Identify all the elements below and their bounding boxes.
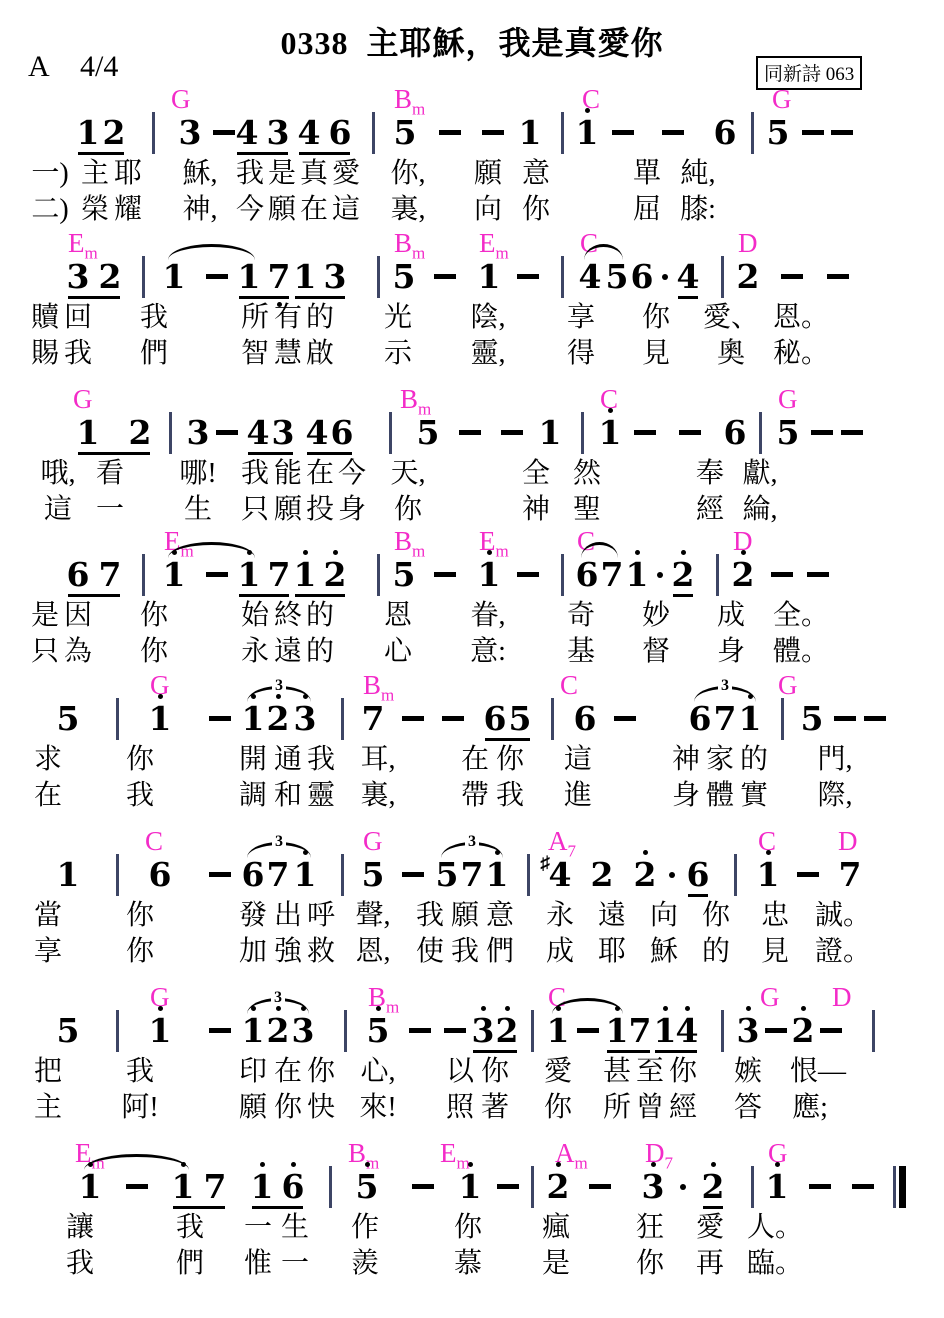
lyric-line-2-char: 耶: [598, 938, 626, 966]
note-digit: 2: [103, 116, 126, 149]
note-digit: 5: [417, 416, 440, 449]
note-digit: 7: [629, 1014, 652, 1047]
lyric-line-1-char: 聲,: [355, 902, 390, 930]
lyric-line-2-char: 願: [268, 196, 296, 224]
lyric-line-2-char: 在: [34, 782, 62, 810]
lyric-line-1-char: 願: [451, 902, 479, 930]
bar-line: [751, 112, 754, 154]
beam-underline: [78, 152, 124, 155]
duration-dash: [434, 274, 456, 279]
note-digit: 2: [129, 416, 152, 449]
octave-dot-above: [365, 1162, 370, 1167]
octave-dot-above: [643, 850, 648, 855]
chord-label: G: [772, 86, 792, 113]
beam-underline: [678, 296, 698, 299]
note-digit: 1: [251, 1170, 274, 1203]
note-digit: 4: [549, 858, 572, 891]
lyric-line-1-char: 門,: [817, 746, 852, 774]
lyric-line-2-char: 神,: [182, 196, 217, 224]
chord-root: E: [68, 228, 85, 258]
note-digit: 2: [267, 1014, 290, 1047]
duration-dash: [662, 130, 684, 135]
lyric-line-2-char: 使: [416, 938, 444, 966]
lyric-line-1-char: 陰,: [470, 304, 505, 332]
lyric-line-2-char: 體: [706, 782, 734, 810]
lyric-line-1-char: 我: [176, 1214, 204, 1242]
lyric-line-1-char: 哪!: [179, 460, 216, 488]
octave-dot-above: [585, 108, 590, 113]
duration-dash: [827, 274, 849, 279]
note-digit: 1: [539, 416, 562, 449]
bar-line: [561, 256, 564, 298]
chord-quality: 7: [665, 1153, 674, 1172]
lyric-line-2-char: 永: [241, 638, 269, 666]
bar-line: [527, 854, 530, 896]
chord-label: C: [560, 672, 578, 699]
lyric-line-1-char: 讓: [66, 1214, 94, 1242]
note-digit: 1: [606, 1014, 629, 1047]
sheet-page: 0338 主耶穌，我是真愛你 A 4/4 同新詩 063 GBmCG123434…: [0, 0, 944, 1318]
note-digit: 3: [642, 1170, 665, 1203]
note-digit: 7: [99, 558, 122, 591]
lyric-line-1-char: 恩。: [773, 304, 829, 332]
note-digit: 1: [242, 702, 265, 735]
duration-dash: [577, 1028, 599, 1033]
bar-line: [142, 256, 145, 298]
beam-underline: [673, 594, 693, 597]
note-digit: 1: [77, 416, 100, 449]
lyric-line-1-char: 愛: [332, 160, 360, 188]
lyric-line-2-char: 只: [31, 638, 59, 666]
lyric-line-1-char: 我: [126, 1058, 154, 1086]
duration-dash: [501, 430, 523, 435]
lyric-line-2-char: 惟: [244, 1250, 272, 1278]
note-digit: 2: [591, 858, 614, 891]
lyric-line-1-char: 是: [31, 602, 59, 630]
lyric-line-2-char: 慧: [274, 340, 302, 368]
lyric-line-1-char: 我: [140, 304, 168, 332]
lyric-line-2-char: 再: [696, 1250, 724, 1278]
note-digit: 2: [324, 558, 347, 591]
duration-dash: [206, 572, 228, 577]
lyric-line-2-char: 賜: [31, 340, 59, 368]
lyric-line-2-char: 快: [307, 1094, 335, 1122]
duration-dash: [209, 1028, 231, 1033]
note-digit: 7: [268, 558, 291, 591]
note-digit: 1: [79, 1170, 102, 1203]
lyric-line-1-char: 穌,: [182, 160, 217, 188]
note-digit: 5: [57, 1014, 80, 1047]
lyric-line-2-char: 裏,: [360, 782, 395, 810]
chord-label: G: [778, 386, 798, 413]
lyric-line-2-char: 見: [761, 938, 789, 966]
octave-dot-above: [741, 550, 746, 555]
octave-dot-above: [487, 550, 492, 555]
note-digit: 6: [242, 858, 265, 891]
lyric-line-1-char: 耳,: [360, 746, 395, 774]
lyric-line-2-char: 這: [44, 496, 72, 524]
lyric-line-1-char: 心,: [360, 1058, 395, 1086]
lyric-line-1-char: 愛、: [703, 304, 759, 332]
lyric-line-2-char: 羨: [351, 1250, 379, 1278]
bar-line: [872, 1010, 875, 1052]
triplet-number: 3: [271, 990, 285, 1006]
chord-root: G: [760, 982, 780, 1012]
lyric-line-1-char: 一: [244, 1214, 272, 1242]
lyric-line-1-char: 意: [486, 902, 514, 930]
octave-dot-above: [158, 1006, 163, 1011]
octave-dot-above: [663, 1006, 668, 1011]
lyric-line-2-char: 你: [140, 638, 168, 666]
duration-dash: [412, 1184, 434, 1189]
octave-dot-above: [608, 408, 613, 413]
lyric-line-2-char: 一: [96, 496, 124, 524]
note-digit: 4: [677, 260, 700, 293]
lyric-line-1-char: 終: [274, 602, 302, 630]
lyric-line-1-char: 因: [64, 602, 92, 630]
beam-underline: [239, 594, 289, 597]
bar-line: [581, 412, 584, 454]
bar-line: [372, 112, 375, 154]
augmentation-dot: [662, 274, 668, 280]
lyric-line-1-char: 你: [702, 902, 730, 930]
note-digit: 7: [601, 558, 624, 591]
note-digit: 3: [472, 1014, 495, 1047]
bar-line: [341, 854, 344, 896]
lyric-line-2-char: 和: [274, 782, 302, 810]
note-digit: 5: [367, 1014, 390, 1047]
lyric-line-2-char: 進: [564, 782, 592, 810]
duration-dash: [612, 130, 634, 135]
lyric-line-2-char: 身: [672, 782, 700, 810]
lyric-line-2-char: 奧: [717, 340, 745, 368]
triplet-number: 3: [272, 834, 286, 850]
lyric-line-2-char: 救: [307, 938, 335, 966]
note-digit: 7: [714, 702, 737, 735]
note-digit: 1: [519, 116, 542, 149]
octave-dot-above: [505, 1006, 510, 1011]
note-digit: 5: [777, 416, 800, 449]
lyric-line-1-char: 你: [307, 1058, 335, 1086]
duration-dash: [771, 572, 793, 577]
note-digit: 7: [362, 702, 385, 735]
lyric-line-1-char: 你: [454, 1214, 482, 1242]
beam-underline: [307, 452, 352, 455]
lyric-line-2-char: 們: [486, 938, 514, 966]
lyric-line-2-char: 恩,: [355, 938, 390, 966]
note-digit: 5: [509, 702, 532, 735]
duration-dash: [614, 716, 636, 721]
lyric-line-2-char: 是: [542, 1250, 570, 1278]
duration-dash: [434, 572, 456, 577]
lyric-line-2-char: 生: [184, 496, 212, 524]
duration-dash: [209, 872, 231, 877]
duration-dash: [409, 1028, 431, 1033]
beam-underline: [295, 594, 345, 597]
lyric-line-2-char: 我: [64, 340, 92, 368]
lyric-line-1-char: 主: [81, 160, 109, 188]
chord-root: G: [73, 384, 93, 414]
note-digit: 7: [204, 1170, 227, 1203]
octave-dot-above: [291, 1162, 296, 1167]
lyric-line-2-char: 我: [451, 938, 479, 966]
note-digit: 6: [282, 1170, 305, 1203]
lyric-line-1-char: 一): [31, 160, 68, 188]
chord-label: D: [832, 984, 852, 1011]
octave-dot-above: [681, 550, 686, 555]
octave-dot-above: [635, 550, 640, 555]
bar-line: [893, 1166, 896, 1208]
note-digit: 7: [839, 858, 862, 891]
lyric-line-1-char: 狂: [636, 1214, 664, 1242]
augmentation-dot: [657, 572, 663, 578]
lyric-line-2-char: 強: [274, 938, 302, 966]
bar-line: [344, 1010, 347, 1052]
bar-line: [751, 1166, 754, 1208]
bar-line: [116, 1010, 119, 1052]
duration-dash: [517, 572, 539, 577]
lyric-line-1-char: 忠: [761, 902, 789, 930]
lyric-line-1-char: 呼: [307, 902, 335, 930]
lyric-line-2-char: 體。: [773, 638, 829, 666]
lyric-line-1-char: 這: [564, 746, 592, 774]
lyric-line-1-char: 通: [274, 746, 302, 774]
duration-dash: [781, 274, 803, 279]
duration-dash: [459, 430, 481, 435]
final-bar-line: [899, 1166, 906, 1208]
octave-dot-above: [801, 1006, 806, 1011]
duration-dash: [807, 572, 829, 577]
duration-dash: [864, 716, 886, 721]
lyric-line-2-char: 耀: [114, 196, 142, 224]
note-digit: 2: [634, 858, 657, 891]
chord-label: G: [73, 386, 93, 413]
note-digit: 4: [247, 416, 270, 449]
beam-underline: [252, 1206, 303, 1209]
lyric-line-1-char: 你: [126, 746, 154, 774]
duration-dash: [126, 1184, 148, 1189]
lyric-line-1-char: 甚: [603, 1058, 631, 1086]
time-signature: 4/4: [80, 50, 118, 84]
duration-dash: [634, 430, 656, 435]
lyric-line-1-char: 耶: [114, 160, 142, 188]
lyric-line-2-char: 綸,: [742, 496, 777, 524]
lyric-line-2-char: 你: [126, 938, 154, 966]
lyric-line-1-char: 是: [268, 160, 296, 188]
lyric-line-2-char: 基: [567, 638, 595, 666]
duration-dash: [213, 130, 235, 135]
song-number: 0338: [280, 25, 348, 61]
bar-line: [377, 256, 380, 298]
note-digit: 2: [732, 558, 755, 591]
lyric-line-1-char: 你: [642, 304, 670, 332]
duration-dash: [841, 430, 863, 435]
lyric-line-1-char: 向: [650, 902, 678, 930]
lyric-line-2-char: 臨。: [747, 1250, 803, 1278]
duration-dash: [811, 430, 833, 435]
note-digit: 2: [547, 1170, 570, 1203]
bar-line: [329, 1166, 332, 1208]
note-digit: 1: [238, 558, 261, 591]
lyric-line-1-char: 然: [573, 460, 601, 488]
lyric-line-1-char: 今: [338, 460, 366, 488]
chord-label: D: [738, 230, 758, 257]
bar-line: [142, 554, 145, 596]
lyric-line-1-char: 人。: [747, 1214, 803, 1242]
lyric-line-1-char: 單: [633, 160, 661, 188]
octave-dot-above: [746, 1006, 751, 1011]
lyric-line-1-char: 獻,: [742, 460, 777, 488]
chord-root: G: [171, 84, 191, 114]
duration-dash: [482, 130, 504, 135]
chord-label: G: [778, 672, 798, 699]
bar-line: [169, 412, 172, 454]
lyric-line-1-char: 你: [140, 602, 168, 630]
note-digit: 4: [298, 116, 321, 149]
lyric-line-2-char: 屈: [633, 196, 661, 224]
bar-line: [531, 1166, 534, 1208]
lyric-line-1-char: 看: [96, 460, 124, 488]
lyric-line-2-char: 二): [31, 196, 68, 224]
beam-underline: [248, 452, 293, 455]
note-digit: 5: [606, 260, 629, 293]
note-digit: 1: [163, 558, 186, 591]
note-digit: 5: [767, 116, 790, 149]
octave-dot-above: [685, 1006, 690, 1011]
lyric-line-1-char: 神: [672, 746, 700, 774]
bar-line: [561, 554, 564, 596]
triplet-number: 3: [465, 834, 479, 850]
lyric-line-1-char: 在: [274, 1058, 302, 1086]
lyric-line-1-char: 恨—: [790, 1058, 846, 1086]
note-digit: 1: [242, 1014, 265, 1047]
note-digit: 6: [689, 702, 712, 735]
octave-dot-above: [376, 1006, 381, 1011]
note-digit: 1: [739, 702, 762, 735]
bar-line: [561, 112, 564, 154]
chord-root: C: [560, 670, 578, 700]
key-signature: A: [28, 50, 50, 84]
lyric-line-1-char: 瘋: [542, 1214, 570, 1242]
note-digit: 1: [766, 1170, 789, 1203]
bar-line: [734, 854, 737, 896]
note-digit: 7: [268, 260, 291, 293]
lyric-line-2-char: 靈,: [470, 340, 505, 368]
chord-root: B: [400, 384, 418, 414]
chord-root: G: [778, 670, 798, 700]
lyric-line-1-char: 愛: [544, 1058, 572, 1086]
beam-underline: [239, 296, 289, 299]
duration-dash: [517, 274, 539, 279]
lyric-line-1-char: 我: [241, 460, 269, 488]
lyric-line-1-char: 以: [446, 1058, 474, 1086]
note-digit: 2: [267, 702, 290, 735]
note-digit: 1: [57, 858, 80, 891]
lyric-line-2-char: 裏,: [390, 196, 425, 224]
lyric-line-1-char: 能: [274, 460, 302, 488]
octave-dot-above: [766, 850, 771, 855]
note-digit: 5: [57, 702, 80, 735]
lyric-line-2-char: 向: [474, 196, 502, 224]
lyric-line-2-char: 你: [394, 496, 422, 524]
octave-dot-above: [158, 694, 163, 699]
beam-underline: [237, 152, 288, 155]
lyric-line-2-char: 意:: [470, 638, 506, 666]
note-digit: 2: [672, 558, 695, 591]
duration-dash: [216, 430, 238, 435]
note-digit: 1: [294, 858, 317, 891]
lyric-line-2-char: 膝:: [680, 196, 716, 224]
lyric-line-1-char: 全: [522, 460, 550, 488]
lyric-line-2-char: 穌: [650, 938, 678, 966]
lyric-line-2-char: 曾: [636, 1094, 664, 1122]
chord-root: B: [394, 228, 412, 258]
lyric-line-2-char: 帶: [461, 782, 489, 810]
lyric-line-1-char: 生: [281, 1214, 309, 1242]
lyric-line-2-char: 心: [384, 638, 412, 666]
lyric-line-1-char: 作: [351, 1214, 379, 1242]
lyric-line-2-char: 智: [241, 340, 269, 368]
lyric-line-1-char: 意: [522, 160, 550, 188]
note-digit: 6: [149, 858, 172, 891]
note-digit: 1: [149, 702, 172, 735]
note-digit: 6: [484, 702, 507, 735]
lyric-line-2-char: 一: [281, 1250, 309, 1278]
chord-label: D: [838, 828, 858, 855]
note-digit: 1: [486, 858, 509, 891]
lyric-line-2-char: 應;: [792, 1094, 828, 1122]
note-digit: 2: [99, 260, 122, 293]
lyric-line-1-char: 遠: [598, 902, 626, 930]
bar-line: [152, 112, 155, 154]
lyric-line-2-char: 的: [306, 638, 334, 666]
lyric-line-1-char: 光: [384, 304, 412, 332]
lyric-line-2-char: 成: [546, 938, 574, 966]
lyric-line-1-char: 回: [64, 304, 92, 332]
note-digit: 6: [631, 260, 654, 293]
note-digit: 6: [331, 416, 354, 449]
chord-root: G: [363, 826, 383, 856]
beam-underline: [299, 152, 350, 155]
octave-dot-above: [556, 1162, 561, 1167]
chord-root: D: [838, 826, 858, 856]
note-digit: 2: [496, 1014, 519, 1047]
octave-dot-above: [651, 1162, 656, 1167]
lyric-line-2-char: 慕: [454, 1250, 482, 1278]
lyric-line-1-char: 印: [239, 1058, 267, 1086]
note-digit: 1: [294, 260, 317, 293]
lyric-line-1-char: 恩: [384, 602, 412, 630]
beam-underline: [173, 1206, 225, 1209]
lyric-line-1-char: 愛: [696, 1214, 724, 1242]
bar-line: [377, 554, 380, 596]
chord-root: E: [479, 228, 496, 258]
note-digit: 3: [272, 416, 295, 449]
duration-dash: [802, 130, 824, 135]
lyric-line-2-char: 靈: [307, 782, 335, 810]
lyric-line-1-char: 願: [474, 160, 502, 188]
note-digit: 2: [737, 260, 760, 293]
note-digit: 6: [574, 702, 597, 735]
chord-root: G: [778, 384, 798, 414]
note-digit: 5: [436, 858, 459, 891]
lyric-line-1-char: 的: [740, 746, 768, 774]
lyric-line-2-char: 加: [239, 938, 267, 966]
note-digit: 3: [324, 260, 347, 293]
lyric-line-1-char: 眷,: [470, 602, 505, 630]
chord-quality: m: [575, 1153, 588, 1172]
lyric-line-1-char: 哦,: [40, 460, 75, 488]
